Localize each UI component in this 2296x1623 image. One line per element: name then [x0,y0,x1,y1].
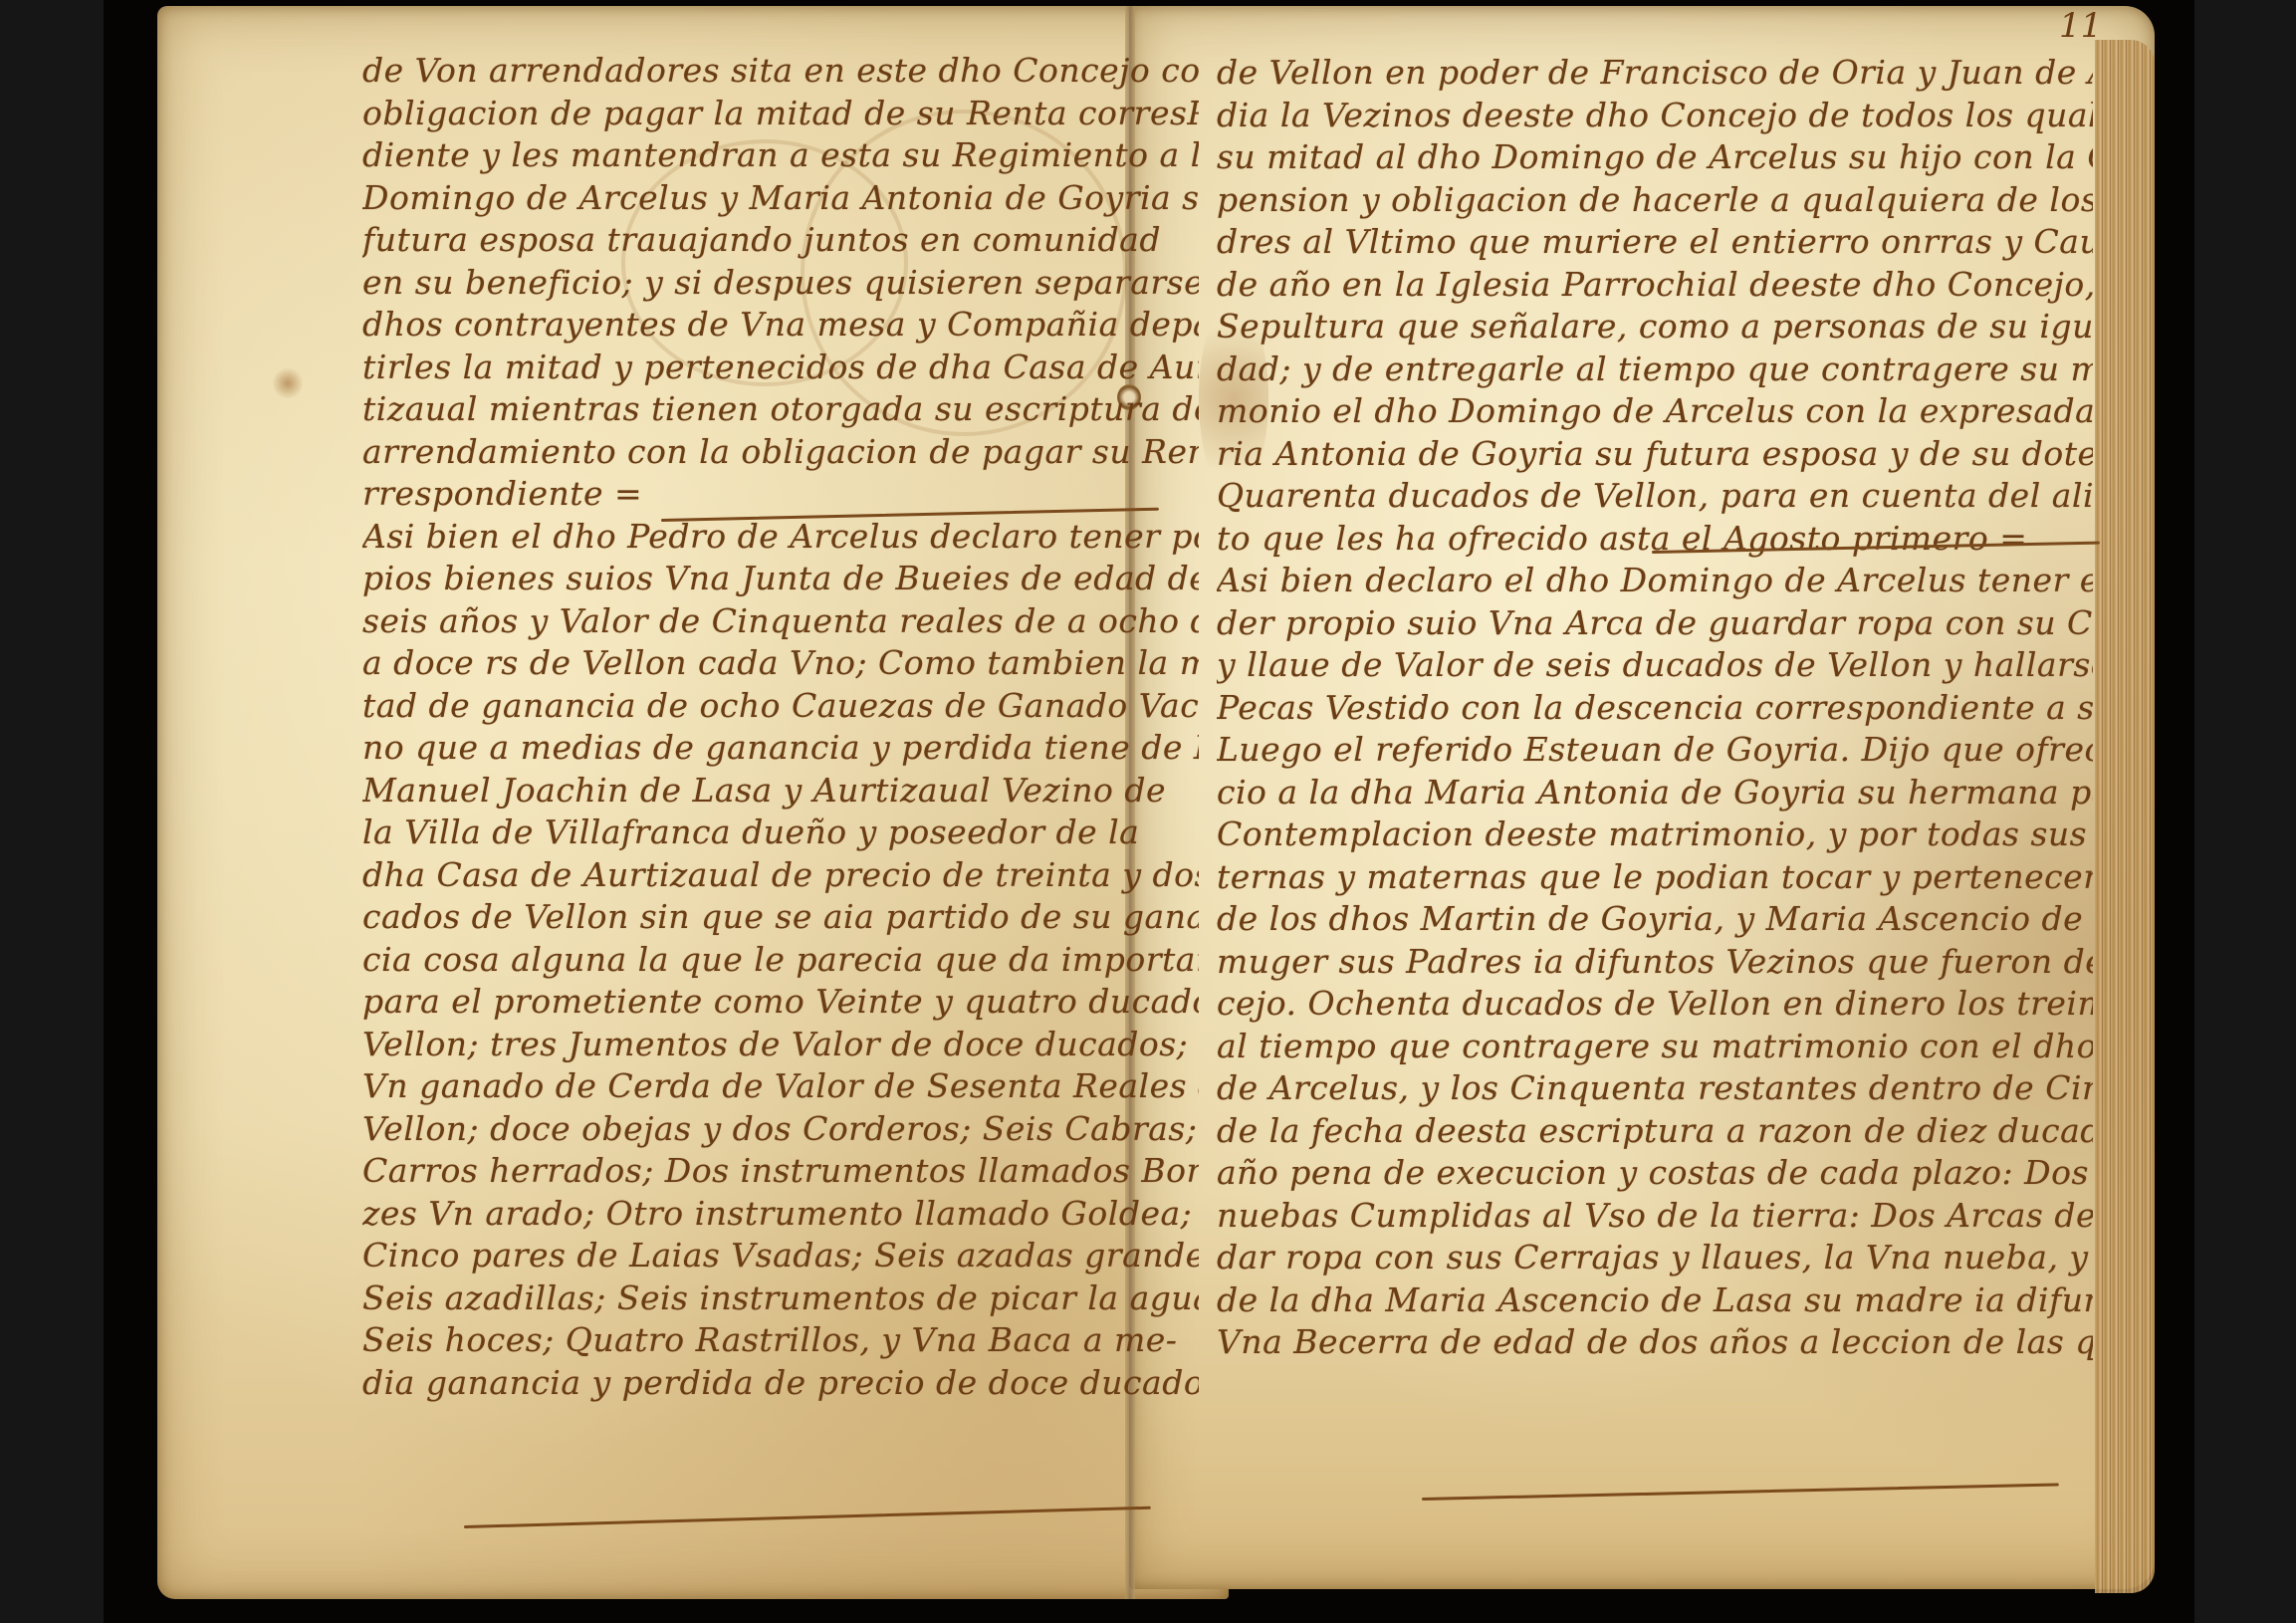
ink-stain [273,366,303,400]
text-line: dia la Vezinos deeste dho Concejo de tod… [1217,95,2093,137]
text-line: de la fecha deesta escriptura a razon de… [1217,1110,2093,1153]
text-line: Asi bien el dho Pedro de Arcelus declaro… [362,516,1199,559]
text-line: dar ropa con sus Cerrajas y llaues, la V… [1217,1237,2093,1279]
text-line: y llaue de Valor de seis ducados de Vell… [1217,644,2093,687]
text-line: Vellon; doce obejas y dos Corderos; Seis… [362,1108,1199,1151]
text-line: ria Antonia de Goyria su futura esposa y… [1217,433,2093,476]
folio-number: 11 [2059,6,2102,46]
text-line: Seis hoces; Quatro Rastrillos, y Vna Bac… [362,1319,1199,1362]
text-line: futura esposa trauajando juntos en comun… [362,219,1199,262]
text-line: monio el dho Domingo de Arcelus con la e… [1217,390,2093,433]
text-line: arrendamiento con la obligacion de pagar… [362,431,1199,474]
text-line: dres al Vltimo que muriere el entierro o… [1217,221,2093,264]
text-line: no que a medias de ganancia y perdida ti… [362,727,1199,770]
text-line: Seis azadillas; Seis instrumentos de pic… [362,1277,1199,1320]
text-line: diente y les mantendran a esta su Regimi… [362,134,1199,177]
text-line: de Von arrendadores sita en este dho Con… [362,50,1199,93]
text-line: Luego el referido Esteuan de Goyria. Dij… [1217,729,2093,772]
text-line: Domingo de Arcelus y Maria Antonia de Go… [362,177,1199,220]
page-edges [2095,40,2155,1593]
text-line: Vna Becerra de edad de dos años a leccio… [1217,1321,2093,1364]
text-line: tirles la mitad y pertenecidos de dha Ca… [362,347,1199,389]
text-line: dia ganancia y perdida de precio de doce… [362,1362,1199,1405]
text-line: pension y obligacion de hacerle a qualqu… [1217,179,2093,222]
text-line: Contemplacion deeste matrimonio, y por t… [1217,813,2093,856]
text-line: de Arcelus, y los Cinquenta restantes de… [1217,1067,2093,1110]
text-line: su mitad al dho Domingo de Arcelus su hi… [1217,136,2093,179]
text-line: der propio suio Vna Arca de guardar ropa… [1217,602,2093,645]
text-line: muger sus Padres ia difuntos Vezinos que… [1217,941,2093,984]
left-page-text: de Von arrendadores sita en este dho Con… [362,50,1199,1404]
text-line: pios bienes suios Vna Junta de Bueies de… [362,558,1199,600]
text-line: nuebas Cumplidas al Vso de la tierra: Do… [1217,1195,2093,1238]
text-line: cados de Vellon sin que se aia partido d… [362,896,1199,939]
text-line: Vn ganado de Cerda de Valor de Sesenta R… [362,1065,1199,1108]
text-line: Quarenta ducados de Vellon, para en cuen… [1217,475,2093,518]
text-line: Vellon; tres Jumentos de Valor de doce d… [362,1024,1199,1066]
text-line: Asi bien declaro el dho Domingo de Arcel… [1217,560,2093,602]
text-line: año pena de execucion y costas de cada p… [1217,1152,2093,1195]
text-line: ternas y maternas que le podian tocar y … [1217,856,2093,899]
text-line: dad; y de entregarle al tiempo que contr… [1217,348,2093,391]
text-line: de los dhos Martin de Goyria, y Maria As… [1217,898,2093,941]
text-line: al tiempo que contragere su matrimonio c… [1217,1026,2093,1068]
text-line: de Vellon en poder de Francisco de Oria … [1217,52,2093,95]
text-line: Sepultura que señalare, como a personas … [1217,306,2093,348]
manuscript-scan: 11 de Von arrendadores sita en este dho … [104,0,2194,1623]
text-line: seis años y Valor de Cinquenta reales de… [362,600,1199,643]
text-line: Manuel Joachin de Lasa y Aurtizaual Vezi… [362,770,1199,812]
document-viewer: 11 de Von arrendadores sita en este dho … [0,0,2296,1623]
text-line: obligacion de pagar la mitad de su Renta… [362,93,1199,135]
text-line: la Villa de Villafranca dueño y poseedor… [362,811,1199,854]
text-line: tad de ganancia de ocho Cauezas de Ganad… [362,685,1199,728]
text-line: para el prometiente como Veinte y quatro… [362,981,1199,1024]
text-line: cia cosa alguna la que le parecia que da… [362,939,1199,982]
text-line: de la dha Maria Ascencio de Lasa su madr… [1217,1279,2093,1322]
right-page-text: de Vellon en poder de Francisco de Oria … [1217,52,2093,1364]
text-line: de año en la Iglesia Parrochial deeste d… [1217,264,2093,307]
text-line: dhos contrayentes de Vna mesa y Compañia… [362,304,1199,347]
text-line: zes Vn arado; Otro instrumento llamado G… [362,1193,1199,1236]
text-line: cejo. Ochenta ducados de Vellon en diner… [1217,983,2093,1026]
text-line: Pecas Vestido con la descencia correspon… [1217,687,2093,730]
text-line: a doce rs de Vellon cada Vno; Como tambi… [362,642,1199,685]
text-line: cio a la dha Maria Antonia de Goyria su … [1217,772,2093,814]
text-line: en su beneficio; y si despues quisieren … [362,262,1199,305]
text-line: Carros herrados; Dos instrumentos llamad… [362,1150,1199,1193]
text-line: dha Casa de Aurtizaual de precio de trei… [362,854,1199,897]
text-line: Cinco pares de Laias Vsadas; Seis azadas… [362,1235,1199,1277]
text-line: tizaual mientras tienen otorgada su escr… [362,388,1199,431]
